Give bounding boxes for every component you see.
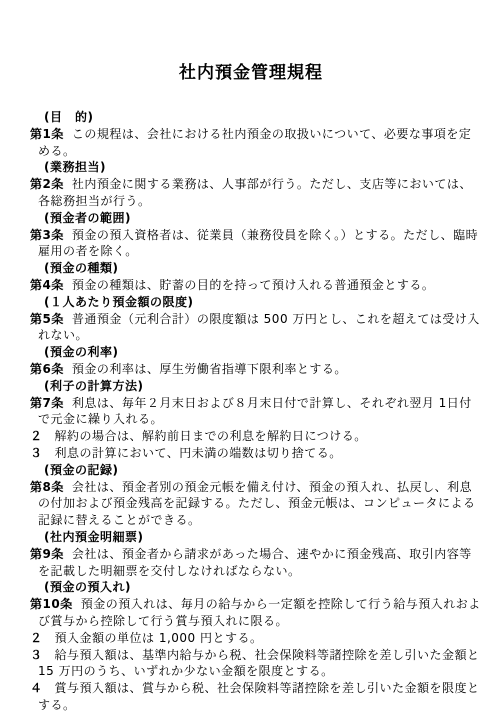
article-number-label: 第2条 xyxy=(30,177,64,191)
heading-text: (１人あたり預金額の限度) xyxy=(44,295,193,309)
section-heading: (業務担当) xyxy=(30,159,482,176)
sub-item-paragraph: ３利息の計算において、円未満の端数は切り捨てる。 xyxy=(30,445,482,462)
heading-text: (預金の種類) xyxy=(44,261,118,275)
article-number-label: 第1条 xyxy=(30,127,64,141)
section-heading: (預金の預入れ) xyxy=(30,579,482,596)
article-paragraph: 第3条預金の預入資格者は、従業員（兼務役員を除く。）とする。ただし、臨時雇用の者… xyxy=(30,227,482,261)
article-number-label: 第7条 xyxy=(30,396,64,410)
item-number-label: ３ xyxy=(30,446,43,460)
article-paragraph: 第1条この規程は、会社における社内預金の取扱いについて、必要な事項を定める。 xyxy=(30,126,482,160)
article-number-label: 第5条 xyxy=(30,312,64,326)
paragraph-text: 利息は、毎年２月末日および８月末日付で計算し、それぞれ翌月 1日付で元金に繰り入… xyxy=(38,396,472,427)
document-title: 社内預金管理規程 xyxy=(0,64,502,82)
heading-text: (預金の預入れ) xyxy=(44,580,131,594)
section-heading: (目 的) xyxy=(30,109,482,126)
heading-text: (業務担当) xyxy=(44,160,106,174)
paragraph-text: 普通預金（元利合計）の限度額は 500 万円とし、これを超えては受け入れない。 xyxy=(38,312,480,343)
paragraph-text: 預金の預入れは、毎月の給与から一定額を控除して行う給与預入れおよび賞与から控除し… xyxy=(38,597,481,628)
paragraph-text: 給与預入額は、基準内給与から税、社会保険料等諸控除を差し引いた金額と 15 万円… xyxy=(38,648,480,679)
paragraph-text: 利息の計算において、円未満の端数は切り捨てる。 xyxy=(55,446,342,460)
section-heading: (預金の記録) xyxy=(30,462,482,479)
heading-text: (預金の記録) xyxy=(44,463,118,477)
paragraph-text: 預金の種類は、貯蓄の目的を持って預け入れる普通預金とする。 xyxy=(72,278,435,292)
heading-text: (社内預金明細票) xyxy=(44,530,143,544)
document-body: (目 的)第1条この規程は、会社における社内預金の取扱いについて、必要な事項を定… xyxy=(30,109,482,714)
section-heading: (利子の計算方法) xyxy=(30,378,482,395)
article-paragraph: 第7条利息は、毎年２月末日および８月末日付で計算し、それぞれ翌月 1日付で元金に… xyxy=(30,395,482,429)
article-paragraph: 第9条会社は、預金者から請求があった場合、速やかに預金残高、取引内容等を記載した… xyxy=(30,546,482,580)
section-heading: (預金の利率) xyxy=(30,344,482,361)
article-number-label: 第9条 xyxy=(30,547,64,561)
paragraph-text: 解約の場合は、解約前日までの利息を解約日につける。 xyxy=(55,429,367,443)
sub-item-paragraph: ４賞与預入額は、賞与から税、社会保険料等諸控除を差し引いた金額を限度とする。 xyxy=(30,680,482,714)
document-page: 社内預金管理規程 (目 的)第1条この規程は、会社における社内預金の取扱いについ… xyxy=(0,0,502,716)
article-number-label: 第10条 xyxy=(30,597,73,611)
paragraph-text: 預金の預入資格者は、従業員（兼務役員を除く。）とする。ただし、臨時雇用の者を除く… xyxy=(38,228,478,259)
article-number-label: 第3条 xyxy=(30,228,64,242)
paragraph-text: 預金の利率は、厚生労働省指導下限利率とする。 xyxy=(72,362,347,376)
article-number-label: 第8条 xyxy=(30,480,64,494)
heading-text: (預金者の範囲) xyxy=(44,211,131,225)
sub-item-paragraph: ２預入金額の単位は 1,000 円とする。 xyxy=(30,630,482,647)
article-paragraph: 第8条会社は、預金者別の預金元帳を備え付け、預金の預入れ、払戻し、利息の付加およ… xyxy=(30,479,482,529)
article-paragraph: 第6条預金の利率は、厚生労働省指導下限利率とする。 xyxy=(30,361,482,378)
paragraph-text: 賞与預入額は、賞与から税、社会保険料等諸控除を差し引いた金額を限度とする。 xyxy=(38,681,480,712)
article-number-label: 第4条 xyxy=(30,278,64,292)
article-paragraph: 第10条預金の預入れは、毎月の給与から一定額を控除して行う給与預入れおよび賞与か… xyxy=(30,596,482,630)
paragraph-text: 会社は、預金者から請求があった場合、速やかに預金残高、取引内容等を記載した明細票… xyxy=(38,547,472,578)
section-heading: (１人あたり預金額の限度) xyxy=(30,294,482,311)
paragraph-text: この規程は、会社における社内預金の取扱いについて、必要な事項を定める。 xyxy=(38,127,471,158)
heading-text: (預金の利率) xyxy=(44,345,118,359)
item-number-label: ４ xyxy=(30,681,43,695)
paragraph-text: 会社は、預金者別の預金元帳を備え付け、預金の預入れ、払戻し、利息の付加および預金… xyxy=(38,480,476,528)
section-heading: (預金者の範囲) xyxy=(30,210,482,227)
article-paragraph: 第4条預金の種類は、貯蓄の目的を持って預け入れる普通預金とする。 xyxy=(30,277,482,294)
paragraph-text: 社内預金に関する業務は、人事部が行う。ただし、支店等においては、各総務担当が行う… xyxy=(38,177,472,208)
section-heading: (社内預金明細票) xyxy=(30,529,482,546)
heading-text: (目 的) xyxy=(44,110,93,124)
item-number-label: ２ xyxy=(30,631,43,645)
article-paragraph: 第5条普通預金（元利合計）の限度額は 500 万円とし、これを超えては受け入れな… xyxy=(30,311,482,345)
section-heading: (預金の種類) xyxy=(30,260,482,277)
item-number-label: ２ xyxy=(30,429,43,443)
item-number-label: ３ xyxy=(30,648,43,662)
paragraph-text: 預入金額の単位は 1,000 円とする。 xyxy=(55,631,263,645)
sub-item-paragraph: ３給与預入額は、基準内給与から税、社会保険料等諸控除を差し引いた金額と 15 万… xyxy=(30,647,482,681)
article-paragraph: 第2条社内預金に関する業務は、人事部が行う。ただし、支店等においては、各総務担当… xyxy=(30,176,482,210)
heading-text: (利子の計算方法) xyxy=(44,379,143,393)
sub-item-paragraph: ２解約の場合は、解約前日までの利息を解約日につける。 xyxy=(30,428,482,445)
article-number-label: 第6条 xyxy=(30,362,64,376)
